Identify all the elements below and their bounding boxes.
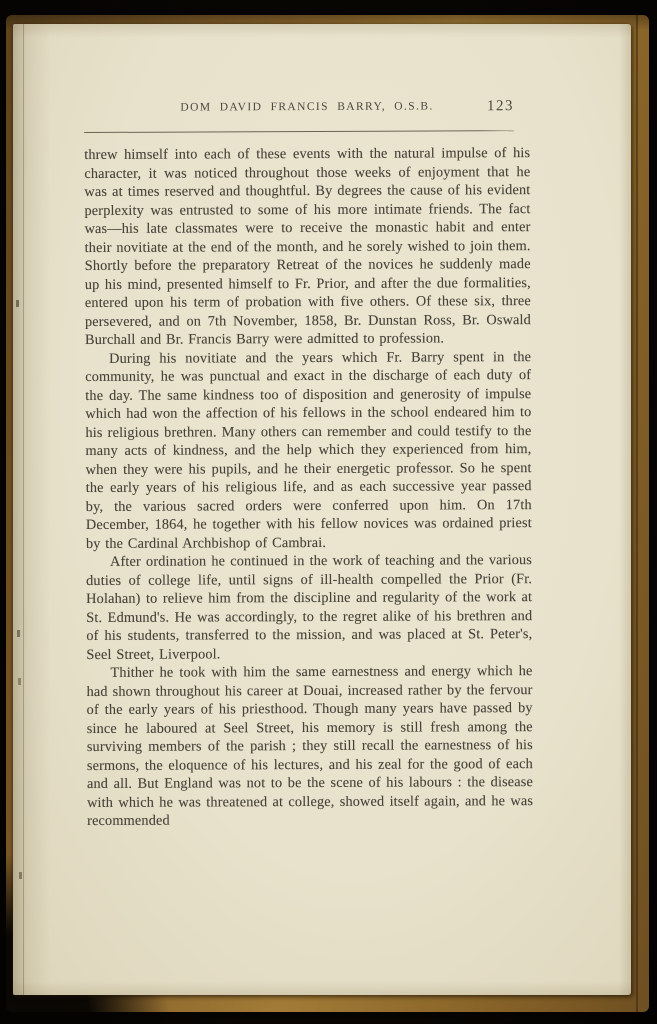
paragraph-2: During his novitiate and the years which… (85, 348, 532, 553)
body-text: threw himself into each of these events … (84, 144, 533, 830)
running-header-title: DOM DAVID FRANCIS BARRY, O.S.B. (84, 100, 530, 114)
header-rule (84, 130, 514, 133)
paragraph-4: Thither he took with him the same earnes… (86, 662, 533, 830)
running-header: DOM DAVID FRANCIS BARRY, O.S.B. 123 (84, 100, 530, 117)
page-content: DOM DAVID FRANCIS BARRY, O.S.B. 123 thre… (84, 100, 533, 830)
page-number: 123 (487, 98, 514, 115)
scanned-book-photo: DOM DAVID FRANCIS BARRY, O.S.B. 123 thre… (0, 0, 657, 1024)
page-edge-marks (16, 300, 19, 307)
book-page: DOM DAVID FRANCIS BARRY, O.S.B. 123 thre… (13, 24, 631, 995)
paragraph-1: threw himself into each of these events … (84, 144, 531, 349)
paragraph-3: After ordination he continued in the wor… (86, 551, 532, 664)
